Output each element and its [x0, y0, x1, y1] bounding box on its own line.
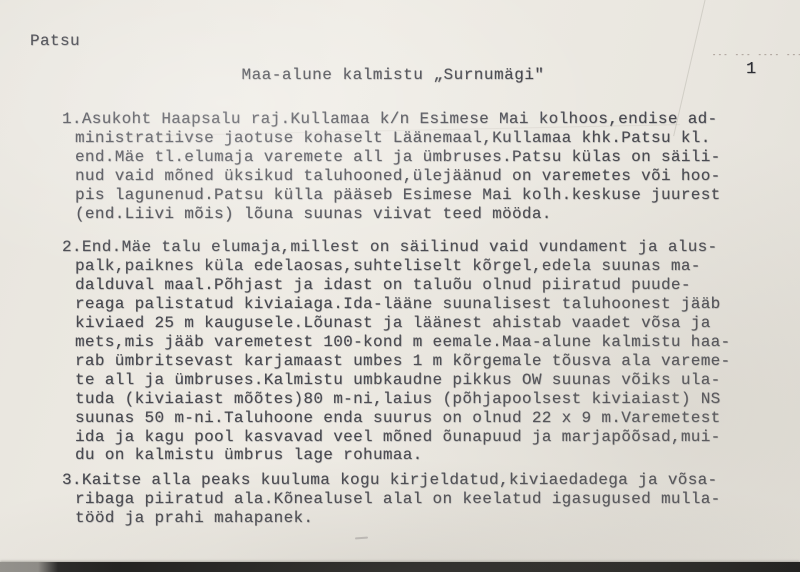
scan-bottom-edge	[0, 562, 800, 572]
paragraph-2-description: 2.End.Mäe talu elumaja,millest on säilin…	[62, 238, 762, 465]
location-label: Patsu	[30, 32, 80, 50]
page-number: 1	[746, 60, 756, 79]
scanned-document-page: Patsu Maa-alune kalmistu „Surnumägi" ---…	[0, 0, 800, 572]
document-title: Maa-alune kalmistu „Surnumägi"	[0, 66, 786, 84]
paragraph-1-location: 1.Asukoht Haapsalu raj.Kullamaa k/n Esim…	[62, 110, 762, 223]
pencil-mark	[355, 537, 368, 540]
document-body: 1.Asukoht Haapsalu raj.Kullamaa k/n Esim…	[62, 110, 762, 528]
pencil-dash-marks: --- --- ---- --- ---	[712, 52, 792, 60]
paragraph-3-protection: 3.Kaitse alla peaks kuuluma kogu kirjeld…	[62, 471, 762, 528]
